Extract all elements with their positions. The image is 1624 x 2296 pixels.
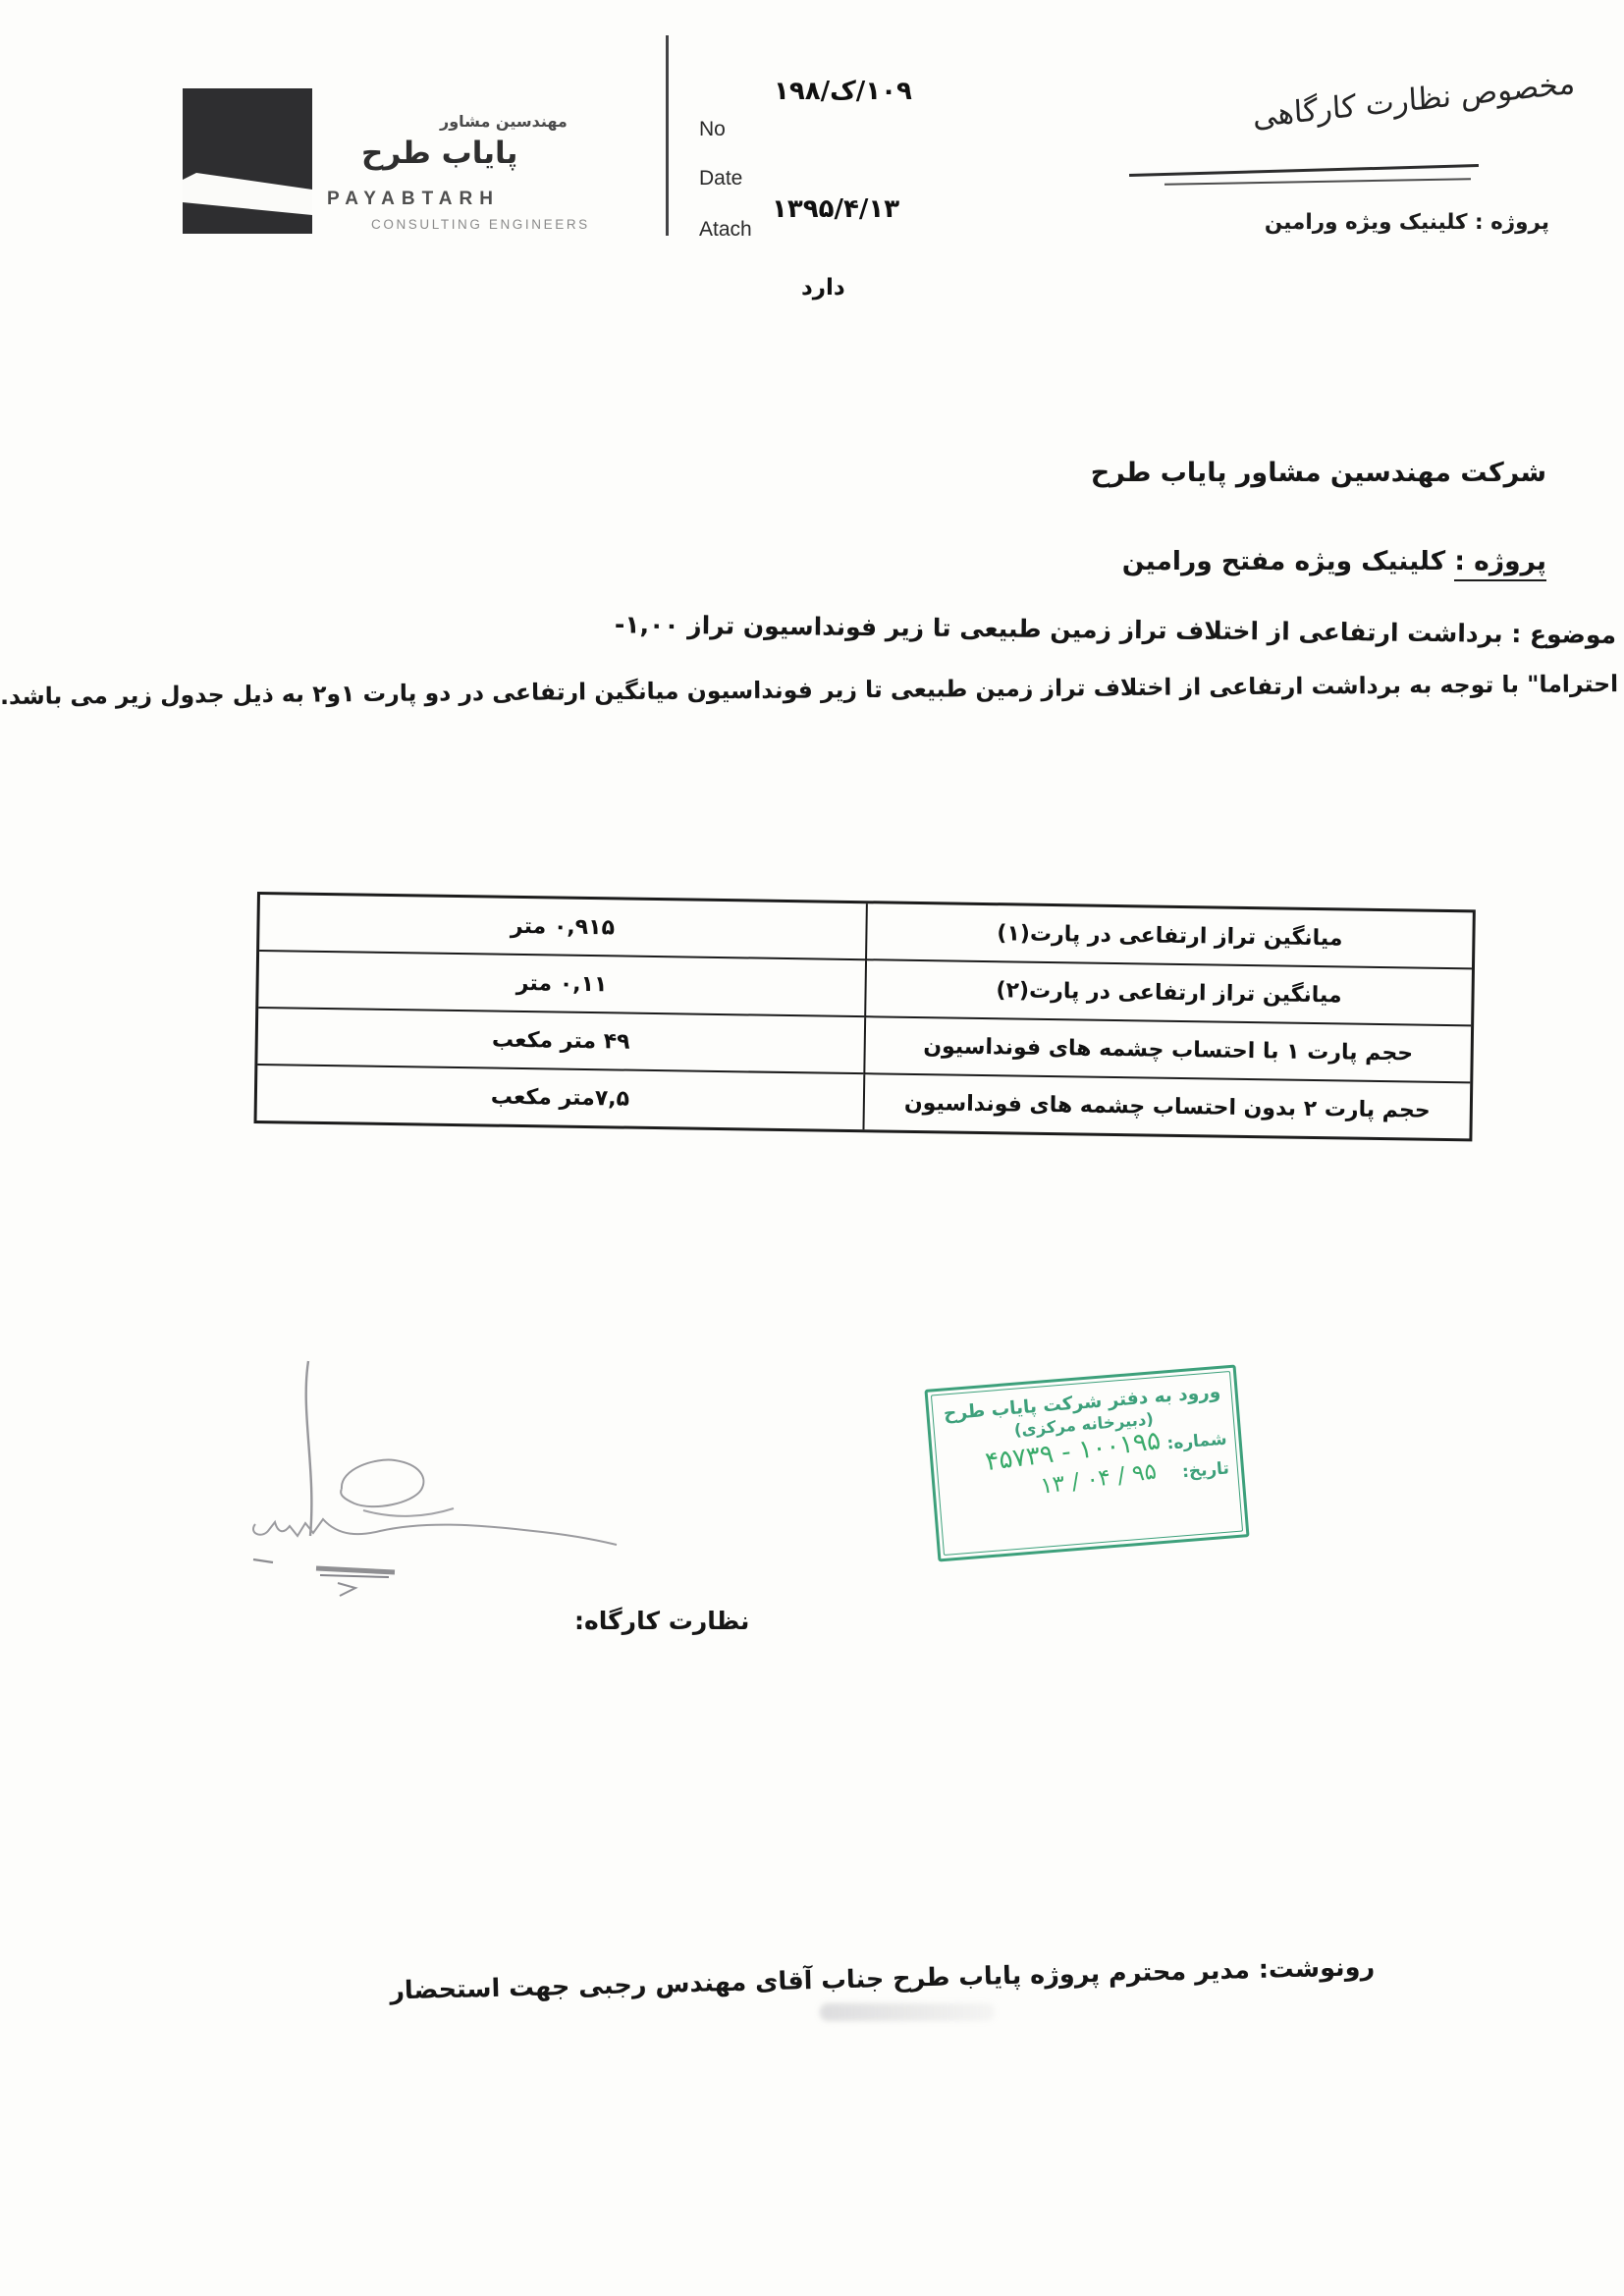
- letter-date-value: ۱۳۹۵/۴/۱۳: [772, 194, 899, 224]
- dedication-underline-1: [1129, 164, 1479, 176]
- dedication-underline-2: [1164, 178, 1471, 185]
- logo-latin-subtitle: CONSULTING ENGINEERS: [371, 217, 590, 232]
- registry-stamp: ورود به دفتر شرکت پایاب طرح (دبیرخانه مر…: [924, 1365, 1249, 1562]
- faint-ink-smudge: [820, 2003, 995, 2021]
- recipient-company: شرکت مهندسین مشاور پایاب طرح: [1091, 458, 1546, 488]
- letter-number-value: ۱۰۹/ک/۱۹۸: [774, 77, 912, 106]
- handwritten-dedication: مخصوص نظارت کارگاهی: [1213, 62, 1615, 139]
- table-row-value: ۰,۹۱۵ متر: [259, 895, 866, 960]
- table-row-value: ۰,۱۱ متر: [258, 952, 865, 1017]
- signature-scribble: [226, 1343, 648, 1632]
- stamp-number-label: شماره:: [1166, 1430, 1228, 1454]
- table-row-label: میانگین تراز ارتفاعی در پارت(۲): [864, 960, 1472, 1026]
- table-row-label: میانگین تراز ارتفاعی در پارت(۱): [865, 903, 1473, 969]
- no-label: No: [699, 118, 726, 141]
- date-label: Date: [699, 167, 742, 191]
- cc-footer-line: رونوشت: مدیر محترم پروژه پایاب طرح جناب …: [390, 1952, 1376, 2005]
- header-divider: [666, 35, 669, 236]
- registry-stamp-inner: ورود به دفتر شرکت پایاب طرح (دبیرخانه مر…: [931, 1371, 1243, 1556]
- measurements-table: میانگین تراز ارتفاعی در پارت(۱) ۰,۹۱۵ مت…: [253, 892, 1475, 1141]
- table-row-value: ۴۹ متر مکعب: [257, 1009, 864, 1074]
- table-row-value: ۷,۵متر مکعب: [257, 1066, 864, 1129]
- recipient-project-line: پروژه : کلینیک ویژه مفتح ورامین: [1122, 546, 1546, 576]
- stamp-date-label: تاریخ:: [1181, 1458, 1229, 1482]
- atach-label: Atach: [699, 218, 752, 242]
- project-line-top: پروژه : کلینیک ویژه ورامین: [1265, 210, 1549, 235]
- logo-persian-small: مهندسین مشاور: [440, 112, 568, 131]
- scanned-letter-page: مهندسین مشاور پایاب طرح PAYABTARH CONSUL…: [0, 0, 1624, 2296]
- body-paragraph: احتراما" با توجه به برداشت ارتفاعی از اخ…: [0, 670, 1618, 710]
- logo-latin: PAYABTARH: [327, 189, 500, 210]
- attachment-value: دارد: [801, 275, 845, 301]
- subject-line: موضوع : برداشت ارتفاعی از اختلاف تراز زم…: [615, 610, 1616, 649]
- logo-persian-large: پایاب طرح: [361, 136, 517, 171]
- table-row-label: حجم پارت ۱ با احتساب چشمه های فونداسیون: [863, 1017, 1471, 1083]
- table-row-label: حجم پارت ۲ بدون احتساب چشمه های فونداسیو…: [862, 1074, 1470, 1138]
- company-logo-icon: [183, 88, 312, 234]
- project-value: کلینیک ویژه مفتح ورامین: [1122, 546, 1445, 576]
- project-label: پروژه :: [1454, 546, 1546, 581]
- site-supervision-label: نظارت کارگاه:: [574, 1607, 749, 1635]
